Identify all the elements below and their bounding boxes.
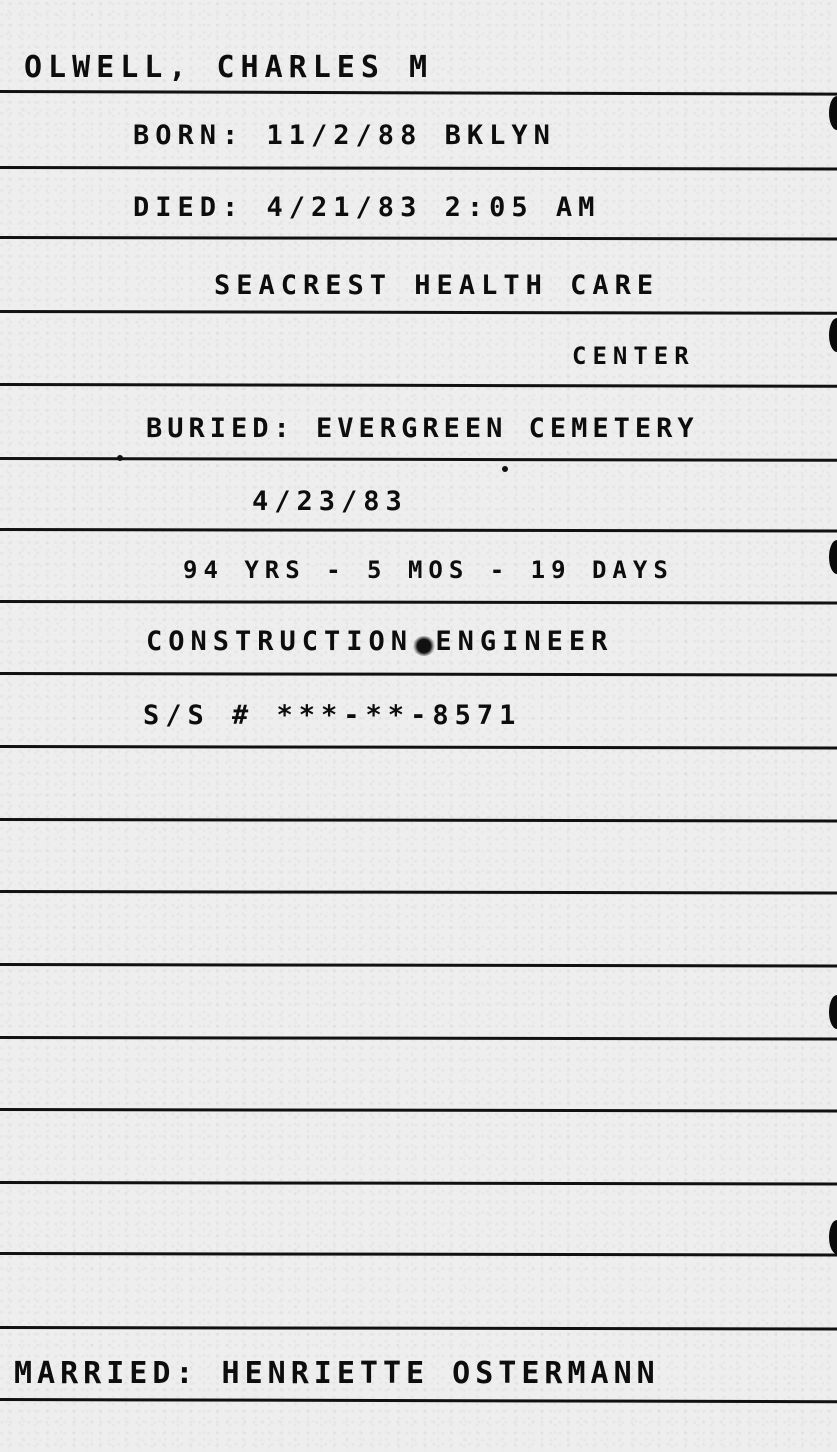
ruled-line (0, 528, 837, 532)
ruled-line (0, 310, 837, 315)
place-of-death-line1: SEACREST HEALTH CARE (214, 270, 659, 301)
ink-speck (502, 466, 508, 472)
binder-hole (829, 318, 837, 352)
decedent-name: OLWELL, CHARLES M (24, 50, 433, 85)
index-card: OLWELL, CHARLES M BORN: 11/2/88 BKLYN DI… (0, 0, 837, 1452)
ruled-line (0, 600, 837, 604)
ruled-line (0, 1252, 837, 1256)
binder-hole (829, 995, 837, 1029)
ruled-line (0, 745, 837, 749)
ruled-line (0, 236, 837, 240)
ruled-line (0, 1181, 837, 1185)
burial-date: 4/23/83 (252, 486, 408, 517)
ruled-line (0, 383, 837, 388)
ruled-line (0, 890, 837, 894)
ruled-line (0, 1326, 837, 1330)
ruled-line (0, 90, 837, 96)
birth-info: BORN: 11/2/88 BKLYN (133, 120, 556, 151)
ruled-line (0, 1398, 837, 1403)
ruled-line (0, 1108, 837, 1112)
ruled-line (0, 457, 837, 462)
binder-hole (829, 540, 837, 574)
death-info: DIED: 4/21/83 2:05 AM (133, 192, 600, 223)
binder-hole (829, 1220, 837, 1254)
ruled-line (0, 1036, 837, 1040)
binder-hole (829, 96, 837, 130)
ruled-line (0, 818, 837, 822)
social-security-number: S/S # ***-**-8571 (143, 700, 521, 731)
place-of-death-line2: CENTER (572, 342, 695, 370)
ruled-line (0, 963, 837, 967)
ruled-line (0, 672, 837, 676)
age-at-death: 94 YRS - 5 MOS - 19 DAYS (183, 556, 674, 584)
burial-info: BURIED: EVERGREEN CEMETERY (146, 413, 699, 444)
spouse-info: MARRIED: HENRIETTE OSTERMANN (14, 1356, 660, 1391)
ruled-line (0, 166, 837, 170)
occupation: CONSTRUCTION ENGINEER (146, 626, 613, 657)
ink-speck (117, 455, 123, 461)
ink-smudge (413, 636, 435, 656)
